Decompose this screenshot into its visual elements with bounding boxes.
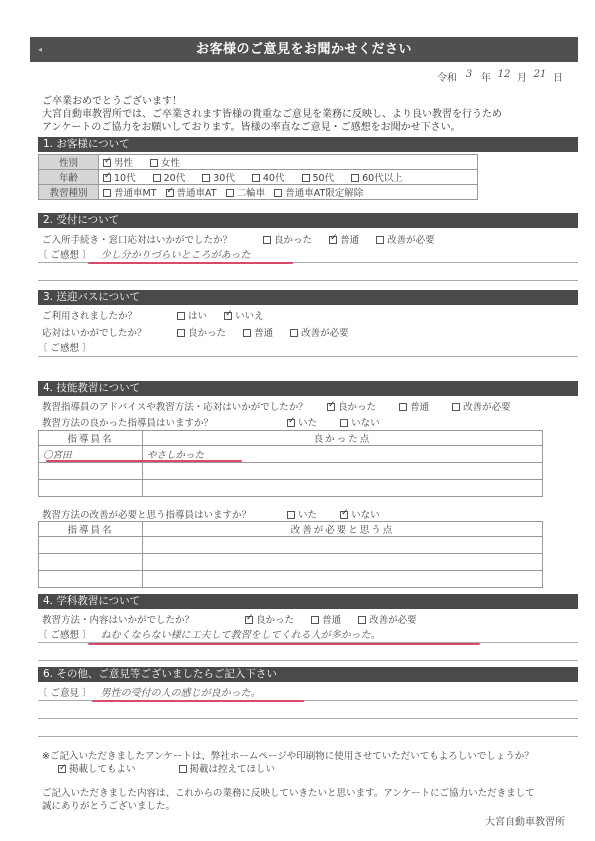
- option-needs-improvement[interactable]: 改善が必要: [376, 232, 435, 246]
- comment-blank-line[interactable]: [38, 701, 578, 719]
- checkbox-checked-icon[interactable]: [329, 236, 337, 244]
- checkbox-checked-icon[interactable]: [103, 159, 111, 167]
- instructor-name-cell[interactable]: [39, 554, 143, 571]
- improve-instructor-table: 指導員名 改善が必要と思う点: [38, 521, 543, 588]
- other-comment-field[interactable]: 〔 ご意見 〕 男性の受付の人の感じが良かった。: [38, 684, 578, 701]
- checkbox-icon[interactable]: [287, 511, 295, 519]
- option-60s-plus[interactable]: 60代以上: [351, 170, 403, 184]
- section-5-header: 4. 学科教習について: [38, 594, 578, 609]
- option-label: 二輪車: [237, 188, 266, 199]
- checkbox-icon[interactable]: [177, 312, 185, 320]
- option-label: 改善が必要: [463, 402, 511, 413]
- table-row: [39, 480, 543, 497]
- option-label: いない: [351, 418, 380, 429]
- option-label: 改善が必要: [301, 328, 349, 339]
- classroom-question: 教習方法・内容はいかがでしたか？: [42, 612, 242, 626]
- checkbox-checked-icon[interactable]: [327, 403, 335, 411]
- option-label: 良かった: [274, 235, 312, 246]
- option-label: 普通: [322, 615, 341, 626]
- comment-label: 〔 ご感想 〕: [38, 250, 92, 261]
- checkbox-icon[interactable]: [376, 236, 384, 244]
- option-label: 普通: [254, 328, 273, 339]
- option-needs-improvement[interactable]: 改善が必要: [290, 325, 349, 339]
- option-at[interactable]: 普通車AT: [166, 185, 217, 199]
- checkbox-icon[interactable]: [179, 765, 187, 773]
- good-points-cell[interactable]: [143, 463, 543, 480]
- option-normal[interactable]: 普通: [399, 399, 429, 413]
- gender-row: 性別 男性 女性: [39, 155, 478, 170]
- option-decline-publish[interactable]: 掲載は控えてほしい: [179, 763, 276, 776]
- table-row: [39, 571, 543, 588]
- date-day[interactable]: 21: [527, 69, 553, 84]
- improve-instructor-row: 教習方法の改善が必要と思う指導員はいますか？ いた いない: [42, 507, 394, 521]
- comment-blank-line[interactable]: [38, 263, 578, 281]
- good-points-cell[interactable]: [143, 480, 543, 497]
- option-label: 40代: [263, 173, 285, 184]
- option-good[interactable]: 良かった: [327, 399, 376, 413]
- reception-question-row: ご入所手続き・窓口応対はいかがでしたか？ 良かった 普通 改善が必要: [42, 232, 449, 246]
- comment-label: 〔 ご感想 〕: [38, 343, 92, 354]
- form-title: お客様のご意見をお聞かせください: [196, 42, 412, 57]
- option-good[interactable]: 良かった: [245, 612, 294, 626]
- checkbox-icon[interactable]: [243, 329, 251, 337]
- intro-text: ご卒業おめでとうございます！ 大宮自動車教習所では、ご卒業されます皆様の貴重なご…: [42, 95, 582, 134]
- checkbox-icon[interactable]: [452, 403, 460, 411]
- option-label: いいえ: [235, 311, 264, 322]
- option-at-unlimit[interactable]: 普通車AT限定解除: [274, 185, 363, 199]
- option-yes[interactable]: いた: [287, 507, 317, 521]
- good-instructor-question: 教習方法の良かった指導員はいますか？: [42, 415, 284, 429]
- option-label: 男性: [114, 158, 133, 169]
- bus-comment-field[interactable]: 〔 ご感想 〕: [38, 340, 578, 357]
- good-instructor-row: 教習方法の良かった指導員はいますか？ いた いない: [42, 415, 394, 429]
- improve-points-cell[interactable]: [143, 571, 543, 588]
- checkbox-icon[interactable]: [226, 189, 234, 197]
- table-row: [39, 554, 543, 571]
- option-female[interactable]: 女性: [150, 155, 180, 169]
- option-label: 良かった: [256, 615, 294, 626]
- age-row: 年齢 10代 20代 30代 40代 50代 60代以上: [39, 170, 478, 185]
- intro-line-1: ご卒業おめでとうございます！: [42, 95, 582, 108]
- table-header-row: 指導員名 良かった点: [39, 431, 543, 446]
- date-month[interactable]: 12: [491, 69, 517, 84]
- section-2-header: 2. 受付について: [38, 213, 578, 228]
- option-label: 普通: [340, 235, 359, 246]
- closing-text: ご記入いただきました内容は、これからの業務に反映していきたいと思います。アンケー…: [42, 787, 535, 813]
- option-no[interactable]: いない: [340, 507, 380, 521]
- bullet-icon: ◂: [38, 37, 43, 62]
- highlight-underline: [46, 460, 242, 462]
- checkbox-checked-icon[interactable]: [245, 616, 253, 624]
- checkbox-checked-icon[interactable]: [103, 174, 111, 182]
- checkbox-icon[interactable]: [274, 189, 282, 197]
- option-label: 普通車AT: [177, 188, 217, 199]
- option-50s[interactable]: 50代: [302, 170, 335, 184]
- option-label: 改善が必要: [369, 615, 417, 626]
- course-type-options: 普通車MT 普通車AT 二輪車 普通車AT限定解除: [99, 185, 478, 200]
- option-label: いた: [298, 418, 317, 429]
- section-3-header: 3. 送迎バスについて: [38, 290, 578, 305]
- intro-line-3: アンケートのご協力をお願いしております。皆様の率直なご意見・ご感想をお聞かせ下さ…: [42, 121, 582, 134]
- option-10s[interactable]: 10代: [103, 170, 136, 184]
- classroom-comment-field[interactable]: 〔 ご感想 〕 ねむくならない様に工夫して教習をしてくれる人が多かった。: [38, 626, 578, 643]
- bus-service-question: 応対はいかがでしたか？: [42, 325, 174, 339]
- bus-usage-question: ご利用されましたか？: [42, 308, 174, 322]
- checkbox-checked-icon[interactable]: [166, 189, 174, 197]
- bus-usage-row: ご利用されましたか？ はい いいえ: [42, 308, 278, 322]
- date-day-unit: 日: [553, 69, 563, 84]
- reception-question: ご入所手続き・窓口応対はいかがでしたか？: [42, 232, 260, 246]
- checkbox-icon[interactable]: [399, 403, 407, 411]
- bus-service-row: 応対はいかがでしたか？ 良かった 普通 改善が必要: [42, 325, 363, 339]
- option-good[interactable]: 良かった: [263, 232, 312, 246]
- checkbox-icon[interactable]: [103, 189, 111, 197]
- checkbox-icon[interactable]: [351, 174, 359, 182]
- closing-line-2: 誠にありがとうございました。: [42, 800, 535, 813]
- option-label: 改善が必要: [387, 235, 435, 246]
- option-label: 30代: [213, 173, 235, 184]
- checkbox-checked-icon[interactable]: [340, 511, 348, 519]
- date-month-unit: 月: [517, 69, 527, 84]
- option-label: 良かった: [338, 402, 376, 413]
- organization-name: 大宮自動車教習所: [485, 813, 565, 828]
- column-header-improve-points: 改善が必要と思う点: [143, 522, 543, 537]
- checkbox-checked-icon[interactable]: [224, 312, 232, 320]
- checkbox-icon[interactable]: [290, 329, 298, 337]
- course-type-label: 教習種別: [39, 185, 99, 200]
- date-year-unit: 年: [481, 69, 491, 84]
- option-20s[interactable]: 20代: [153, 170, 186, 184]
- classroom-question-row: 教習方法・内容はいかがでしたか？ 良かった 普通 改善が必要: [42, 612, 431, 626]
- skill-instruction-row: 教習指導員のアドバイスや教習方法・応対はいかがでしたか？ 良かった 普通 改善が…: [42, 399, 525, 413]
- table-row: [39, 537, 543, 554]
- option-needs-improvement[interactable]: 改善が必要: [358, 612, 417, 626]
- option-normal[interactable]: 普通: [243, 325, 273, 339]
- consent-question: ※ご記入いただきましたアンケートは、弊社ホームページや印刷物に使用させていただい…: [42, 750, 534, 763]
- checkbox-icon[interactable]: [302, 174, 310, 182]
- other-comment-text: 男性の受付の人の感じが良かった。: [101, 688, 261, 699]
- customer-info-table: 性別 男性 女性 年齢 10代 20代 30代 40代 50代 60代以上 教習…: [38, 154, 478, 200]
- option-label: いない: [351, 510, 380, 521]
- age-label: 年齢: [39, 170, 99, 185]
- option-good[interactable]: 良かった: [177, 325, 226, 339]
- comment-label: 〔 ご感想 〕: [38, 630, 92, 641]
- option-mt[interactable]: 普通車MT: [103, 185, 157, 199]
- gender-options: 男性 女性: [99, 155, 478, 170]
- improve-points-cell[interactable]: [143, 554, 543, 571]
- course-type-row: 教習種別 普通車MT 普通車AT 二輪車 普通車AT限定解除: [39, 185, 478, 200]
- comment-blank-line[interactable]: [38, 643, 578, 661]
- good-instructor-table: 指導員名 良かった点 〇宮田 やさしかった: [38, 430, 543, 497]
- table-header-row: 指導員名 改善が必要と思う点: [39, 522, 543, 537]
- consent-options: 掲載してもよい 掲載は控えてほしい: [42, 763, 534, 776]
- instructor-name-cell[interactable]: [39, 463, 143, 480]
- option-needs-improvement[interactable]: 改善が必要: [452, 399, 511, 413]
- reception-comment-field[interactable]: 〔 ご感想 〕 少し分かりづらいところがあった: [38, 246, 578, 263]
- option-motorcycle[interactable]: 二輪車: [226, 185, 266, 199]
- option-label: 10代: [114, 173, 136, 184]
- option-no[interactable]: いない: [340, 415, 380, 429]
- comment-label: 〔 ご意見 〕: [38, 688, 92, 699]
- instructor-name-cell[interactable]: [39, 537, 143, 554]
- intro-line-2: 大宮自動車教習所では、ご卒業されます皆様の貴重なご意見を業務に反映し、より良い教…: [42, 108, 582, 121]
- option-label: いた: [298, 510, 317, 521]
- option-30s[interactable]: 30代: [202, 170, 235, 184]
- reception-comment-text: 少し分かりづらいところがあった: [101, 250, 251, 261]
- classroom-comment-text: ねむくならない様に工夫して教習をしてくれる人が多かった。: [101, 630, 381, 641]
- section-4-header: 4. 技能教習について: [38, 381, 578, 396]
- date-year[interactable]: 3: [457, 69, 481, 84]
- option-yes[interactable]: はい: [177, 308, 207, 322]
- checkbox-checked-icon[interactable]: [287, 419, 295, 427]
- option-label: 20代: [164, 173, 186, 184]
- checkbox-icon[interactable]: [252, 174, 260, 182]
- instructor-name-cell[interactable]: [39, 480, 143, 497]
- option-40s[interactable]: 40代: [252, 170, 285, 184]
- checkbox-icon[interactable]: [263, 236, 271, 244]
- column-header-instructor: 指導員名: [39, 522, 143, 537]
- date-era: 令和: [437, 69, 457, 84]
- comment-blank-line[interactable]: [38, 719, 578, 737]
- option-label: 普通車AT限定解除: [285, 188, 363, 199]
- checkbox-icon[interactable]: [153, 174, 161, 182]
- option-normal[interactable]: 普通: [329, 232, 359, 246]
- closing-line-1: ご記入いただきました内容は、これからの業務に反映していきたいと思います。アンケー…: [42, 787, 535, 800]
- checkbox-icon[interactable]: [358, 616, 366, 624]
- option-label: 50代: [313, 173, 335, 184]
- option-label: はい: [188, 311, 207, 322]
- option-allow-publish[interactable]: 掲載してもよい: [58, 763, 136, 776]
- option-no[interactable]: いいえ: [224, 308, 264, 322]
- column-header-instructor: 指導員名: [39, 431, 143, 446]
- option-label: 掲載してもよい: [69, 764, 136, 775]
- checkbox-icon[interactable]: [202, 174, 210, 182]
- table-row: [39, 463, 543, 480]
- checkbox-checked-icon[interactable]: [58, 765, 66, 773]
- section-1-header: 1. お客様について: [38, 137, 578, 152]
- option-label: 掲載は控えてほしい: [190, 764, 276, 775]
- checkbox-icon[interactable]: [150, 159, 158, 167]
- option-male[interactable]: 男性: [103, 155, 133, 169]
- column-header-good-points: 良かった点: [143, 431, 543, 446]
- date-field: 令和 3 年 12 月 21 日: [437, 69, 563, 84]
- form-title-bar: ◂ お客様のご意見をお聞かせください: [30, 37, 578, 62]
- instructor-name-cell[interactable]: [39, 571, 143, 588]
- option-label: 良かった: [188, 328, 226, 339]
- option-label: 普通車MT: [114, 188, 157, 199]
- option-label: 普通: [410, 402, 429, 413]
- section-6-header: 6. その他、ご意見等ございましたらご記入下さい: [38, 667, 578, 682]
- skill-instruction-question: 教習指導員のアドバイスや教習方法・応対はいかがでしたか？: [42, 399, 324, 413]
- improve-points-cell[interactable]: [143, 537, 543, 554]
- checkbox-icon[interactable]: [311, 616, 319, 624]
- option-label: 女性: [161, 158, 180, 169]
- gender-label: 性別: [39, 155, 99, 170]
- consent-block: ※ご記入いただきましたアンケートは、弊社ホームページや印刷物に使用させていただい…: [42, 750, 534, 776]
- age-options: 10代 20代 30代 40代 50代 60代以上: [99, 170, 478, 185]
- improve-instructor-question: 教習方法の改善が必要と思う指導員はいますか？: [42, 507, 284, 521]
- checkbox-icon[interactable]: [177, 329, 185, 337]
- option-label: 60代以上: [362, 173, 403, 184]
- checkbox-icon[interactable]: [340, 419, 348, 427]
- option-yes[interactable]: いた: [287, 415, 317, 429]
- option-normal[interactable]: 普通: [311, 612, 341, 626]
